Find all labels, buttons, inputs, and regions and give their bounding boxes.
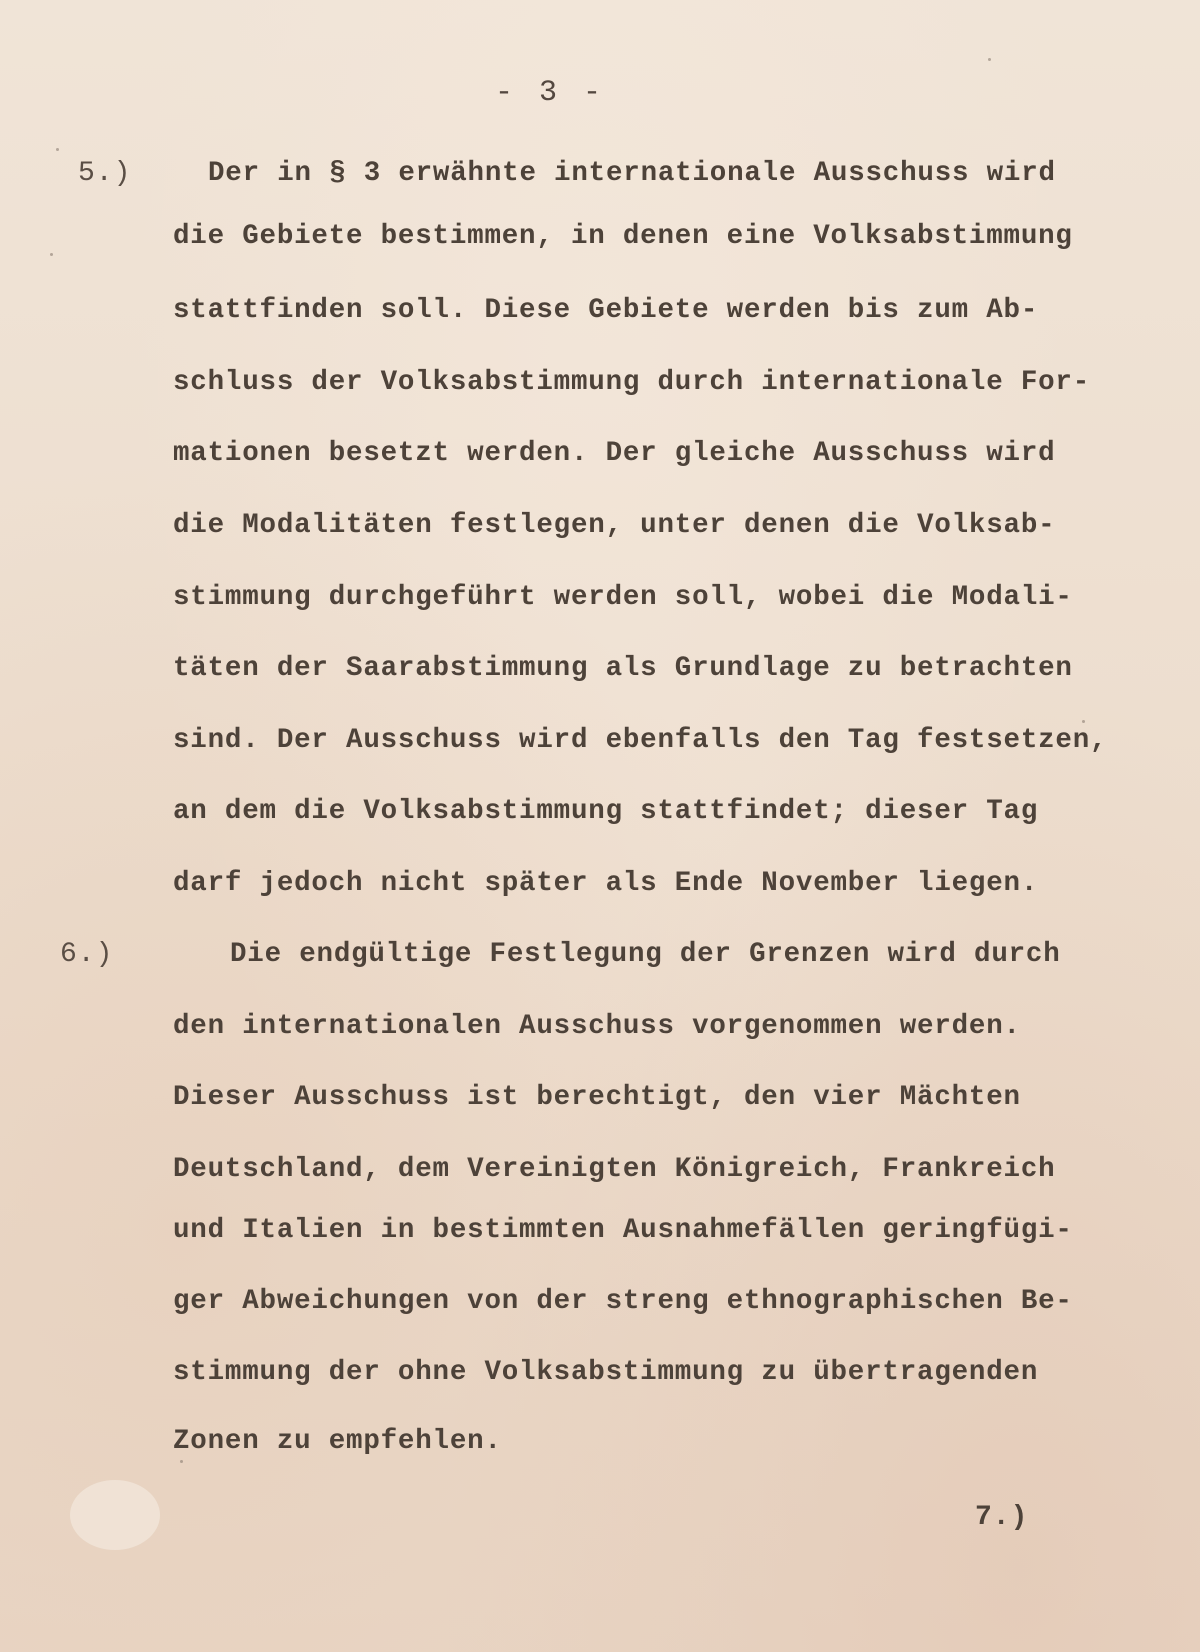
paper-speck — [56, 148, 59, 151]
section-6-line: Deutschland, dem Vereinigten Königreich,… — [173, 1156, 1055, 1184]
section-5-line: täten der Saarabstimmung als Grundlage z… — [173, 655, 1073, 683]
section-6-line: Dieser Ausschuss ist berechtigt, den vie… — [173, 1084, 1021, 1112]
page-number: - 3 - — [0, 76, 1100, 110]
section-6-line: stimmung der ohne Volksabstimmung zu übe… — [173, 1359, 1038, 1387]
section-5-line: darf jedoch nicht später als Ende Novemb… — [173, 870, 1038, 898]
paper-speck — [1082, 720, 1085, 723]
section-5-line: stattfinden soll. Diese Gebiete werden b… — [173, 297, 1038, 325]
section-5-line: die Modalitäten festlegen, unter denen d… — [173, 512, 1055, 540]
section-5-line: an dem die Volksabstimmung stattfindet; … — [173, 798, 1038, 826]
section-6-line: den internationalen Ausschuss vorgenomme… — [173, 1013, 1021, 1041]
section-number-6: 6.) — [60, 941, 113, 969]
section-5-line: Der in § 3 erwähnte internationale Aussc… — [208, 160, 1056, 188]
section-6-line: Zonen zu empfehlen. — [173, 1428, 502, 1456]
continuation-marker: 7.) — [975, 1504, 1028, 1532]
section-6-line: Die endgültige Festlegung der Grenzen wi… — [230, 941, 1061, 969]
section-5-line: mationen besetzt werden. Der gleiche Aus… — [173, 440, 1055, 468]
section-number-5: 5.) — [78, 160, 131, 188]
paper-speck — [180, 1460, 183, 1463]
section-5-line: die Gebiete bestimmen, in denen eine Vol… — [173, 223, 1073, 251]
section-5-line: schluss der Volksabstimmung durch intern… — [173, 369, 1090, 397]
paper-speck — [988, 58, 991, 61]
section-5-line: sind. Der Ausschuss wird ebenfalls den T… — [173, 727, 1107, 755]
document-page: - 3 - 5.) Der in § 3 erwähnte internatio… — [0, 0, 1200, 1652]
section-6-line: ger Abweichungen von der streng ethnogra… — [173, 1288, 1073, 1316]
paper-stain — [70, 1480, 160, 1550]
section-5-line: stimmung durchgeführt werden soll, wobei… — [173, 584, 1073, 612]
section-6-line: und Italien in bestimmten Ausnahmefällen… — [173, 1217, 1073, 1245]
paper-speck — [50, 253, 53, 256]
